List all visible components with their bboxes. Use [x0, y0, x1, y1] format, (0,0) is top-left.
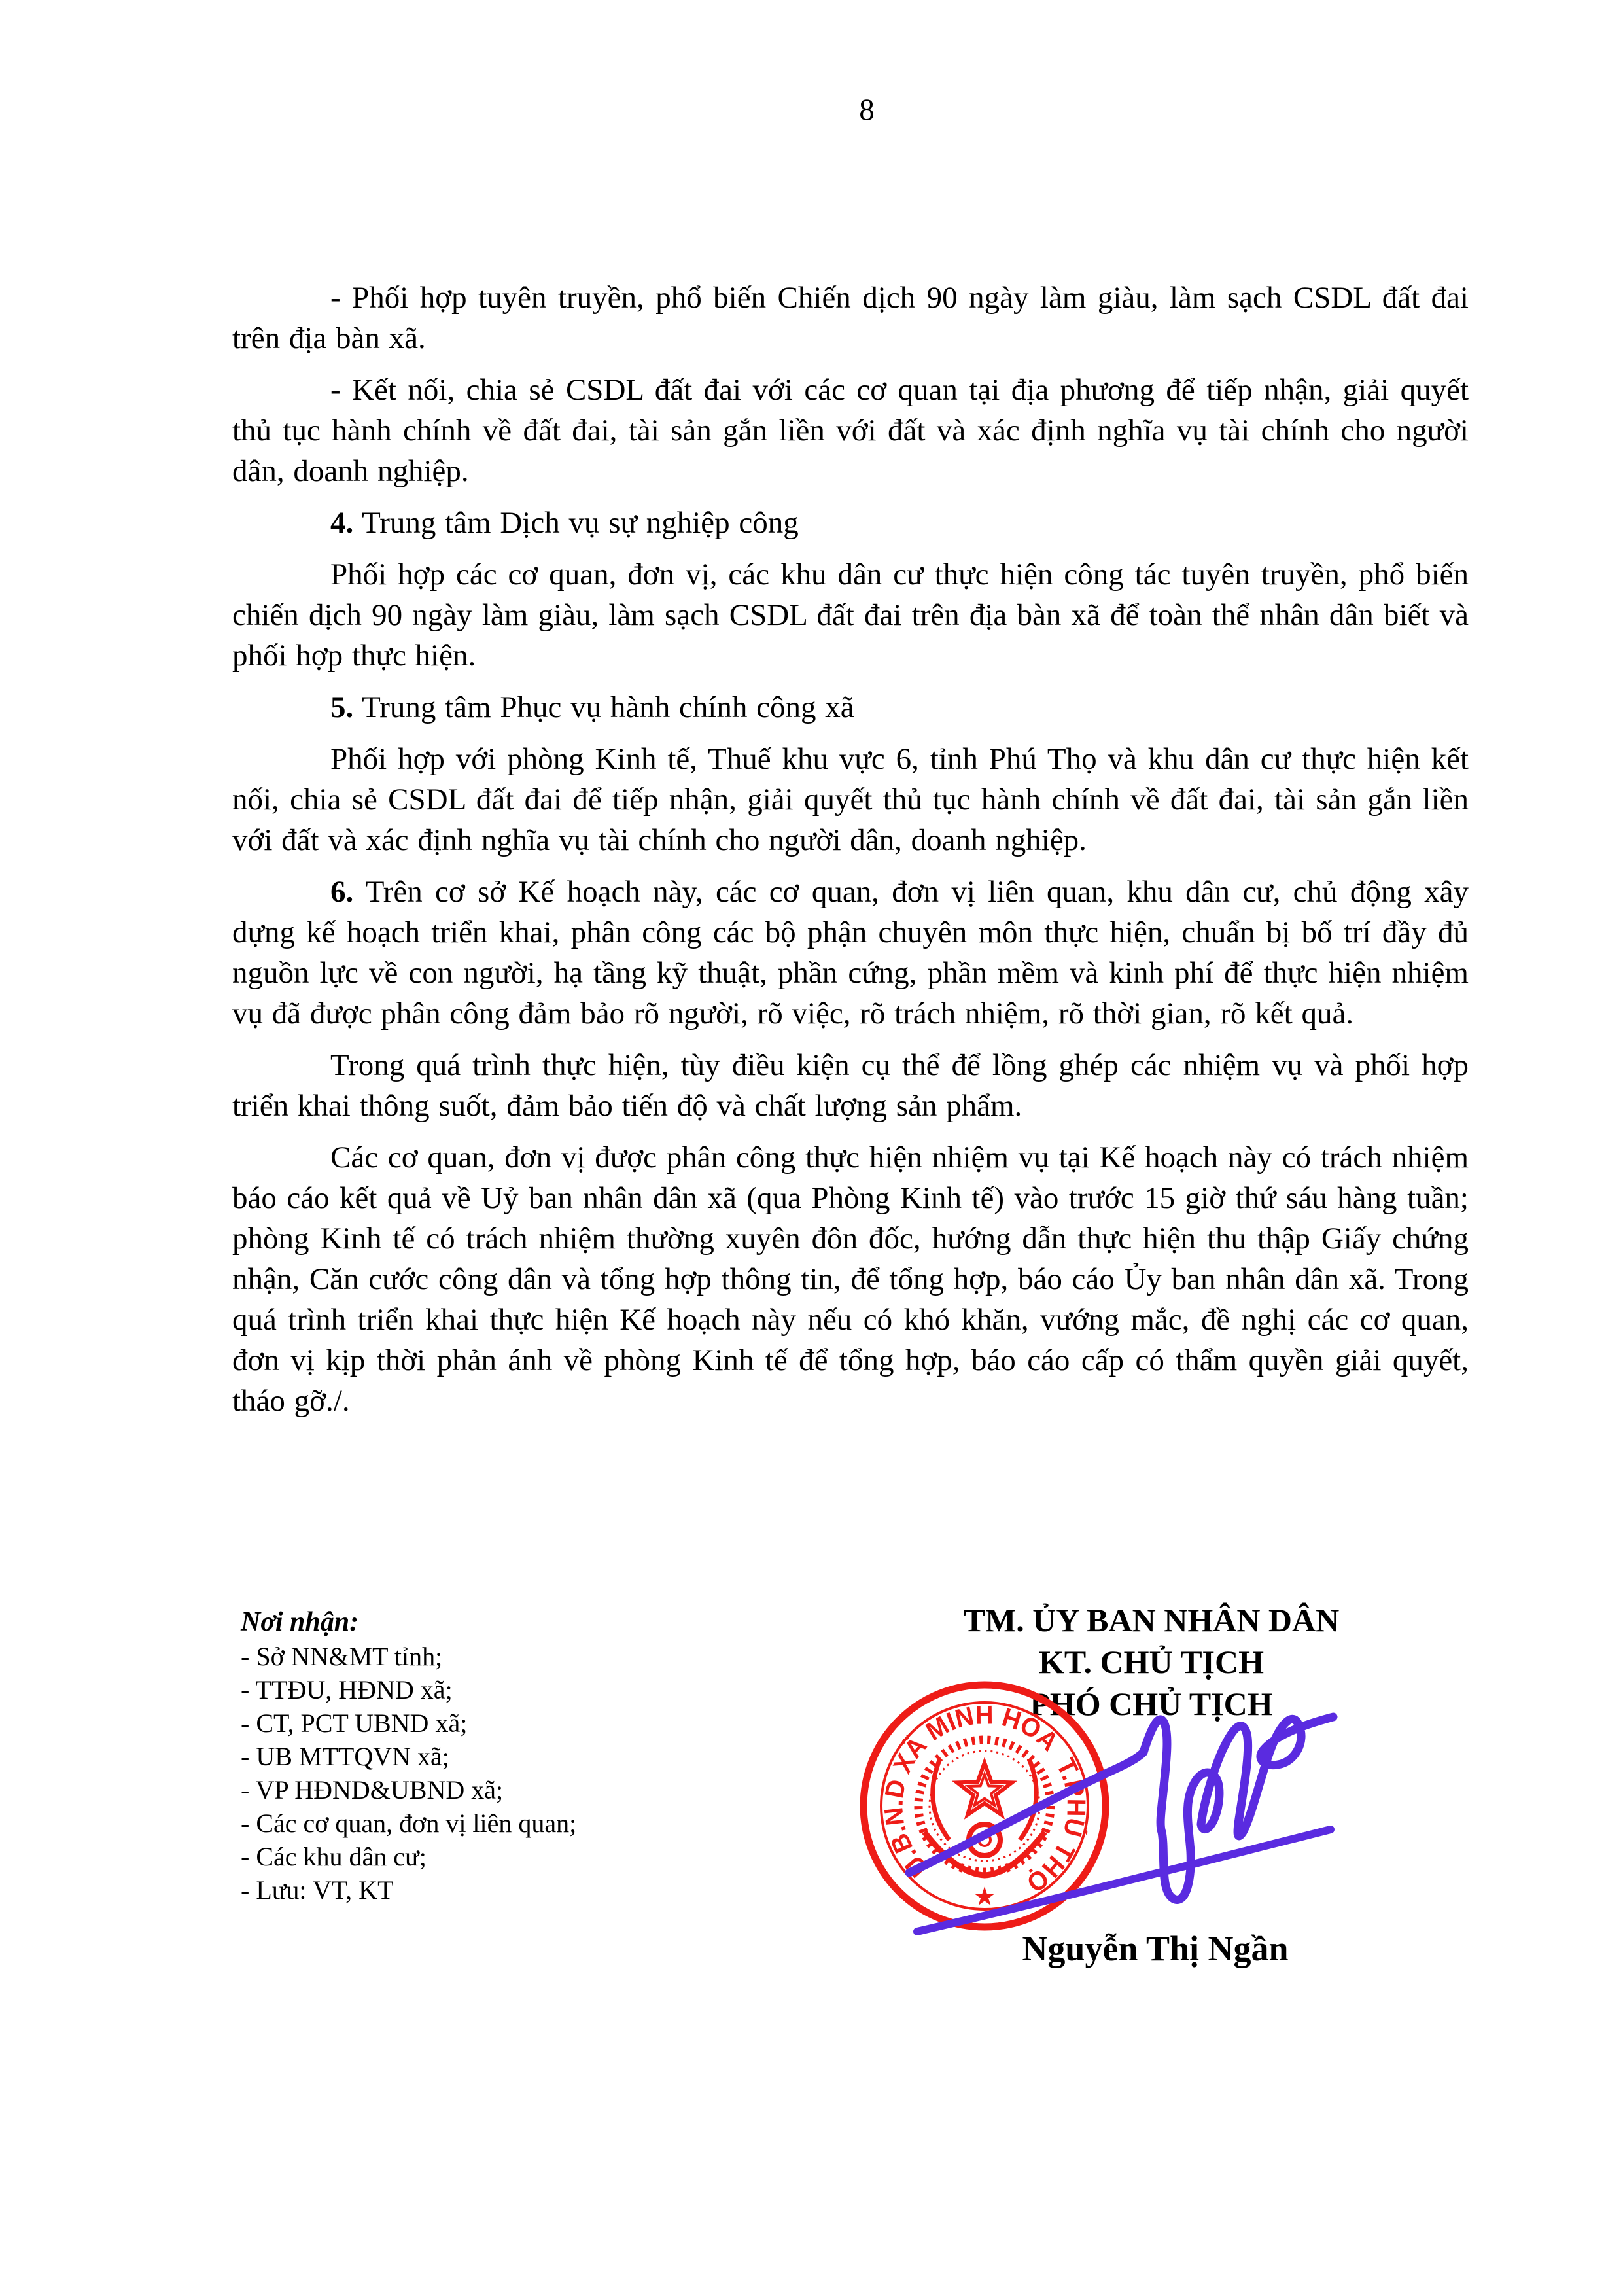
recipients-heading: Nơi nhận:: [241, 1604, 829, 1640]
recipient-item: - Các khu dân cư;: [241, 1840, 829, 1873]
signature-org-line: TM. ỦY BAN NHÂN DÂN: [909, 1599, 1393, 1641]
paragraph: - Phối hợp tuyên truyền, phổ biến Chiến …: [232, 277, 1469, 359]
recipients-block: Nơi nhận: - Sở NN&MT tỉnh;- TTĐU, HĐND x…: [241, 1604, 829, 1907]
paragraph: - Kết nối, chia sẻ CSDL đất đai với các …: [232, 370, 1469, 491]
recipient-item: - VP HĐND&UBND xã;: [241, 1773, 829, 1807]
document-page: 8 - Phối hợp tuyên truyền, phổ biến Chiế…: [0, 0, 1623, 2296]
recipients-list: - Sở NN&MT tỉnh;- TTĐU, HĐND xã;- CT, PC…: [241, 1640, 829, 1907]
recipient-item: - CT, PCT UBND xã;: [241, 1706, 829, 1740]
recipient-item: - UB MTTQVN xã;: [241, 1740, 829, 1773]
signature-ink: [877, 1688, 1374, 1963]
recipient-item: - TTĐU, HĐND xã;: [241, 1673, 829, 1706]
recipient-item: - Lưu: VT, KT: [241, 1873, 829, 1907]
paragraph: Trong quá trình thực hiện, tùy điều kiện…: [232, 1045, 1469, 1126]
signature-stroke-underline: [917, 1829, 1331, 1932]
paragraph: 4. Trung tâm Dịch vụ sự nghiệp công: [232, 503, 1469, 543]
paragraph: 6. Trên cơ sở Kế hoạch này, các cơ quan,…: [232, 872, 1469, 1034]
page-number: 8: [249, 90, 1485, 130]
recipient-item: - Sở NN&MT tỉnh;: [241, 1640, 829, 1673]
recipient-item: - Các cơ quan, đơn vị liên quan;: [241, 1807, 829, 1840]
paragraph: 5. Trung tâm Phục vụ hành chính công xã: [232, 687, 1469, 728]
document-body: - Phối hợp tuyên truyền, phổ biến Chiến …: [232, 277, 1469, 1432]
signer-name: Nguyễn Thị Ngần: [913, 1927, 1397, 1970]
paragraph: Phối hợp các cơ quan, đơn vị, các khu dâ…: [232, 554, 1469, 676]
paragraph: Phối hợp với phòng Kinh tế, Thuế khu vực…: [232, 739, 1469, 860]
signature-stroke-main: [909, 1717, 1333, 1899]
paragraph: Các cơ quan, đơn vị được phân công thực …: [232, 1137, 1469, 1421]
